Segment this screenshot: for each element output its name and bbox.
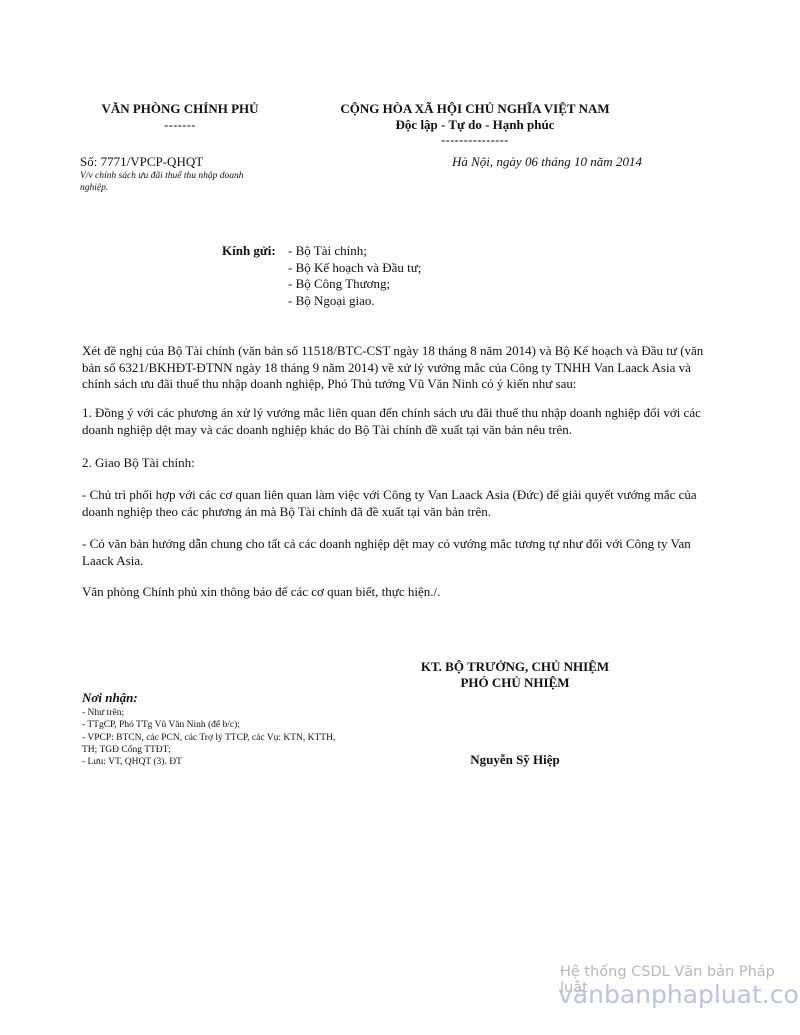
signature-title: KT. BỘ TRƯỞNG, CHỦ NHIỆM PHÓ CHỦ NHIỆM	[390, 659, 640, 690]
place-date: Hà Nội, ngày 06 tháng 10 năm 2014	[452, 154, 642, 170]
national-motto: Độc lập - Tự do - Hạnh phúc	[300, 117, 650, 133]
motto-rule: ---------------	[300, 133, 650, 148]
body-paragraph: - Có văn bản hướng dẫn chung cho tất cả …	[82, 536, 722, 569]
signature-title-line: KT. BỘ TRƯỞNG, CHỦ NHIỆM	[390, 659, 640, 675]
recipients-label: Kính gửi:	[222, 243, 276, 259]
recipients-list: - Bộ Tài chính; - Bộ Kế hoạch và Đầu tư;…	[288, 243, 421, 309]
cc-list: - Như trên; - TTgCP, Phó TTg Vũ Văn Ninh…	[82, 707, 352, 768]
national-header-block: CỘNG HÒA XÃ HỘI CHỦ NGHĨA VIỆT NAM Độc l…	[300, 101, 650, 148]
recipient-item: - Bộ Ngoại giao.	[288, 293, 421, 310]
body-paragraph: 1. Đồng ý với các phương án xử lý vướng …	[82, 405, 722, 438]
issuing-agency-block: VĂN PHÒNG CHÍNH PHỦ -------	[80, 101, 280, 133]
issuing-agency: VĂN PHÒNG CHÍNH PHỦ	[80, 101, 280, 117]
cc-item: - TTgCP, Phó TTg Vũ Văn Ninh (để b/c);	[82, 719, 352, 731]
agency-rule: -------	[80, 118, 280, 133]
body-paragraph: 2. Giao Bộ Tài chính:	[82, 455, 722, 472]
cc-item: - VPCP: BTCN, các PCN, các Trợ lý TTCP, …	[82, 732, 352, 757]
cc-item: - Lưu: VT, QHQT (3). ĐT	[82, 756, 352, 768]
signature-title-line: PHÓ CHỦ NHIỆM	[390, 675, 640, 691]
document-subject: V/v chính sách ưu đãi thuế thu nhập doan…	[80, 170, 260, 194]
cc-label: Nơi nhận:	[82, 690, 138, 706]
recipient-item: - Bộ Kế hoạch và Đầu tư;	[288, 260, 421, 277]
cc-item: - Như trên;	[82, 707, 352, 719]
body-paragraph: Xét đề nghị của Bộ Tài chính (văn bản số…	[82, 343, 722, 393]
body-paragraph: Văn phòng Chính phủ xin thông báo để các…	[82, 584, 722, 601]
nation-name: CỘNG HÒA XÃ HỘI CHỦ NGHĨA VIỆT NAM	[300, 101, 650, 117]
body-paragraph: - Chủ trì phối hợp với các cơ quan liên …	[82, 487, 722, 520]
document-number: Số: 7771/VPCP-QHQT	[80, 154, 203, 170]
signer-name: Nguyễn Sỹ Hiệp	[390, 752, 640, 768]
recipient-item: - Bộ Tài chính;	[288, 243, 421, 260]
recipient-item: - Bộ Công Thương;	[288, 276, 421, 293]
watermark-site: vanbanphapluat.co	[558, 980, 799, 1009]
